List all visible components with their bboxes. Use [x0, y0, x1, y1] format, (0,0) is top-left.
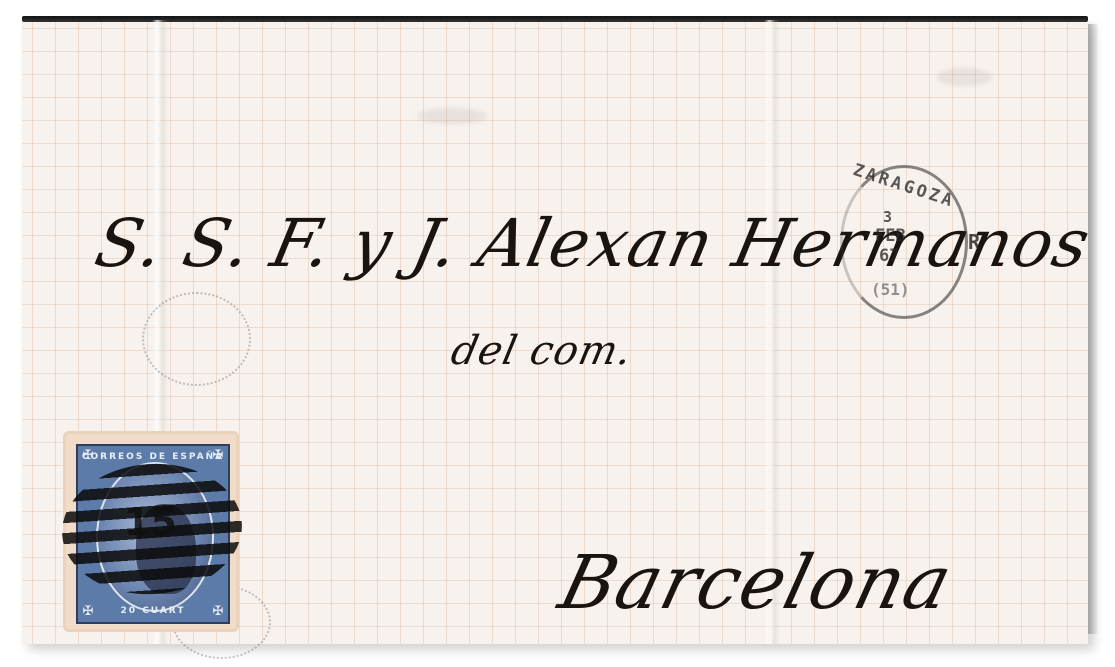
- right-edge-shadow: [1088, 24, 1098, 634]
- address-line-commerce: del com.: [447, 328, 637, 374]
- postmark-month: FEB: [875, 226, 906, 246]
- postage-stamp: ✠ ✠ ✠ ✠ CORREOS DE ESPAÑA 20 CUART 15: [66, 434, 236, 629]
- letter-sheet: S. S. F. y J. Alexan Hermanos del com. B…: [22, 20, 1088, 644]
- paper-smudge: [937, 68, 992, 86]
- postmark-year: 67: [879, 246, 899, 266]
- postmark-side-mark: R: [968, 230, 980, 254]
- postmark-city: ZARAGOZA: [849, 159, 960, 212]
- postmark-day: 3: [883, 208, 892, 226]
- postmark-code: (51): [871, 280, 910, 299]
- top-edge: [22, 16, 1088, 22]
- faint-offset-postmark: [142, 292, 251, 386]
- stamp-value-text: 20 CUART: [78, 606, 228, 616]
- paper-smudge: [417, 108, 487, 124]
- stamp-country-text: CORREOS DE ESPAÑA: [78, 452, 228, 462]
- cancel-number: 15: [124, 500, 177, 544]
- address-line-city: Barcelona: [551, 540, 961, 626]
- date-postmark: ZARAGOZA 3 FEB 67 (51): [840, 165, 968, 319]
